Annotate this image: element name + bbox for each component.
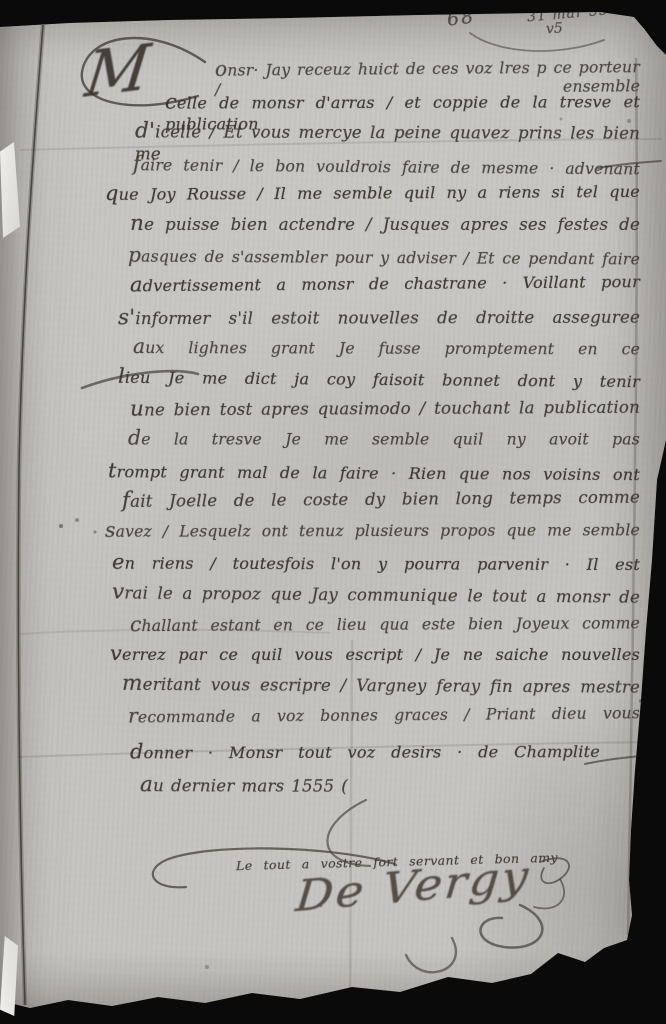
manuscript-line: que Joy Rousse / Il me semble quil ny a …	[105, 178, 640, 206]
manuscript-line: donner · Monsr tout voz desirs · de Cham…	[130, 738, 600, 764]
manuscript-page: 68 31 mar 55 v5 M onsr· Jay receuz huict…	[0, 0, 666, 1024]
manuscript-line: aux lighnes grant Je fusse promptement e…	[133, 334, 640, 360]
manuscript-line: advertissement a monsr de chastrane · Vo…	[130, 268, 640, 297]
header-date-note: 31 mar 55	[526, 2, 609, 25]
manuscript-line: faire tenir / le bon vouldrois faire de …	[133, 151, 640, 180]
manuscript-line: au dernier mars 1555 (	[140, 772, 395, 799]
manuscript-line: lieu Je me dict ja coy faisoit bonnet do…	[118, 364, 640, 393]
manuscript-line: en riens / toutesfois l'on y pourra parv…	[112, 550, 640, 577]
manuscript-line: de la tresve Je me semble quil ny avoit …	[128, 426, 640, 450]
manuscript-line: verrez par ce quil vous escript / Je ne …	[110, 641, 640, 666]
manuscript-line: meritant vous escripre / Vargney feray f…	[122, 671, 640, 700]
manuscript-line: fait Joelle de le coste dy bien long tem…	[122, 483, 640, 513]
opening-initial: M	[82, 29, 154, 111]
manuscript-line: pasques de s'assembler pour y adviser / …	[128, 243, 640, 270]
manuscript-line: ne puisse bien actendre / Jusques apres …	[130, 210, 640, 236]
manuscript-line: savez / Lesquelz ont tenuz plusieurs pro…	[105, 516, 640, 542]
ink-specks	[0, 0, 2, 2]
manuscript-line: recommande a voz bonnes graces / Priant …	[128, 699, 640, 728]
folio-number: 68	[446, 5, 477, 30]
manuscript-photo: 68 31 mar 55 v5 M onsr· Jay receuz huict…	[0, 0, 666, 1024]
header-mark: v5	[546, 21, 564, 38]
manuscript-line: challant estant en ce lieu qua este bien…	[130, 609, 640, 636]
manuscript-line: s'informer s'il estoit nouvelles de droi…	[118, 303, 640, 330]
manuscript-line: une bien tost apres quasimodo / touchant…	[130, 393, 640, 422]
manuscript-line: vrai le a propoz que Jay communique le t…	[112, 579, 640, 609]
manuscript-line: trompt grant mal de la faire · Rien que …	[108, 458, 640, 486]
